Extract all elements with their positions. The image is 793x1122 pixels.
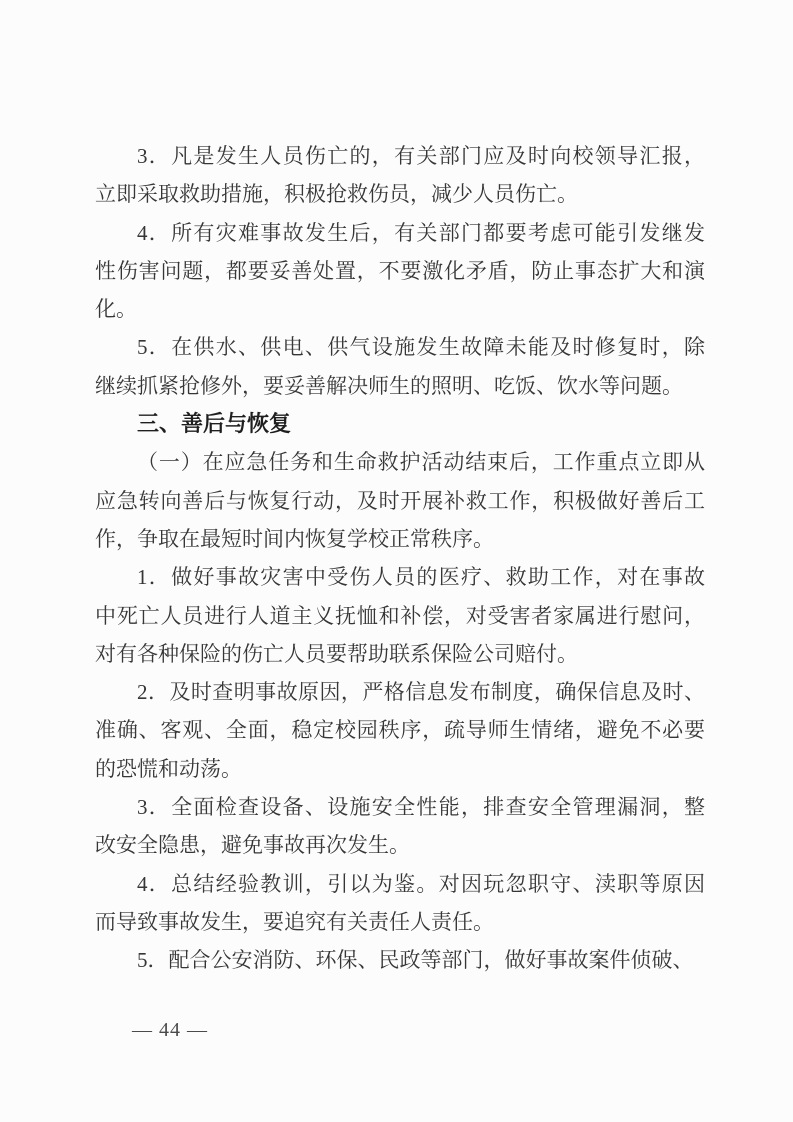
paragraph: 5．配合公安消防、环保、民政等部门，做好事故案件侦破、 [95,941,705,979]
document-page: 3．凡是发生人员伤亡的，有关部门应及时向校领导汇报，立即采取救助措施，积极抢救伤… [0,0,793,1122]
paragraph: 4．总结经验教训，引以为鉴。对因玩忽职守、渎职等原因而导致事故发生，要追究有关责… [95,865,705,942]
text-line: 而导致事故发生，要追究有关责任人责任。 [95,903,705,941]
text-line: 立即采取救助措施，积极抢救伤员，减少人员伤亡。 [95,175,705,213]
text-line: 应急转向善后与恢复行动，及时开展补救工作，积极做好善后工 [95,482,705,520]
text-line: （一）在应急任务和生命救护活动结束后，工作重点立即从 [95,443,705,481]
text-line: 4．总结经验教训，引以为鉴。对因玩忽职守、渎职等原因 [95,865,705,903]
section-heading: 三、善后与恢复 [95,405,705,443]
paragraph: 1．做好事故灾害中受伤人员的医疗、救助工作，对在事故中死亡人员进行人道主义抚恤和… [95,558,705,673]
text-line: 5．配合公安消防、环保、民政等部门，做好事故案件侦破、 [95,941,705,979]
text-line: 三、善后与恢复 [95,405,705,443]
document-body: 3．凡是发生人员伤亡的，有关部门应及时向校领导汇报，立即采取救助措施，积极抢救伤… [95,137,705,980]
text-line: 改安全隐患，避免事故再次发生。 [95,826,705,864]
paragraph: 5．在供水、供电、供气设施发生故障未能及时修复时，除继续抓紧抢修外，要妥善解决师… [95,328,705,405]
text-line: 3．全面检查设备、设施安全性能，排查安全管理漏洞，整 [95,788,705,826]
paragraph: 2．及时查明事故原因，严格信息发布制度，确保信息及时、准确、客观、全面，稳定校园… [95,673,705,788]
text-line: 2．及时查明事故原因，严格信息发布制度，确保信息及时、 [95,673,705,711]
text-line: 5．在供水、供电、供气设施发生故障未能及时修复时，除 [95,328,705,366]
text-line: 的恐慌和动荡。 [95,750,705,788]
paragraph: 3．凡是发生人员伤亡的，有关部门应及时向校领导汇报，立即采取救助措施，积极抢救伤… [95,137,705,214]
text-line: 4．所有灾难事故发生后，有关部门都要考虑可能引发继发 [95,214,705,252]
text-line: 对有各种保险的伤亡人员要帮助联系保险公司赔付。 [95,635,705,673]
text-line: 作，争取在最短时间内恢复学校正常秩序。 [95,520,705,558]
paragraph: 4．所有灾难事故发生后，有关部门都要考虑可能引发继发性伤害问题，都要妥善处置，不… [95,214,705,329]
page-footer: — 44 — [132,1016,208,1044]
text-line: 性伤害问题，都要妥善处置，不要激化矛盾，防止事态扩大和演 [95,252,705,290]
text-line: 中死亡人员进行人道主义抚恤和补偿，对受害者家属进行慰问， [95,597,705,635]
text-line: 3．凡是发生人员伤亡的，有关部门应及时向校领导汇报， [95,137,705,175]
text-line: 1．做好事故灾害中受伤人员的医疗、救助工作，对在事故 [95,558,705,596]
text-line: 继续抓紧抢修外，要妥善解决师生的照明、吃饭、饮水等问题。 [95,367,705,405]
paragraph: （一）在应急任务和生命救护活动结束后，工作重点立即从应急转向善后与恢复行动，及时… [95,443,705,558]
text-line: 化。 [95,290,705,328]
text-line: 准确、客观、全面，稳定校园秩序，疏导师生情绪，避免不必要 [95,711,705,749]
page-number: — 44 — [132,1019,208,1041]
paragraph: 3．全面检查设备、设施安全性能，排查安全管理漏洞，整改安全隐患，避免事故再次发生… [95,788,705,865]
